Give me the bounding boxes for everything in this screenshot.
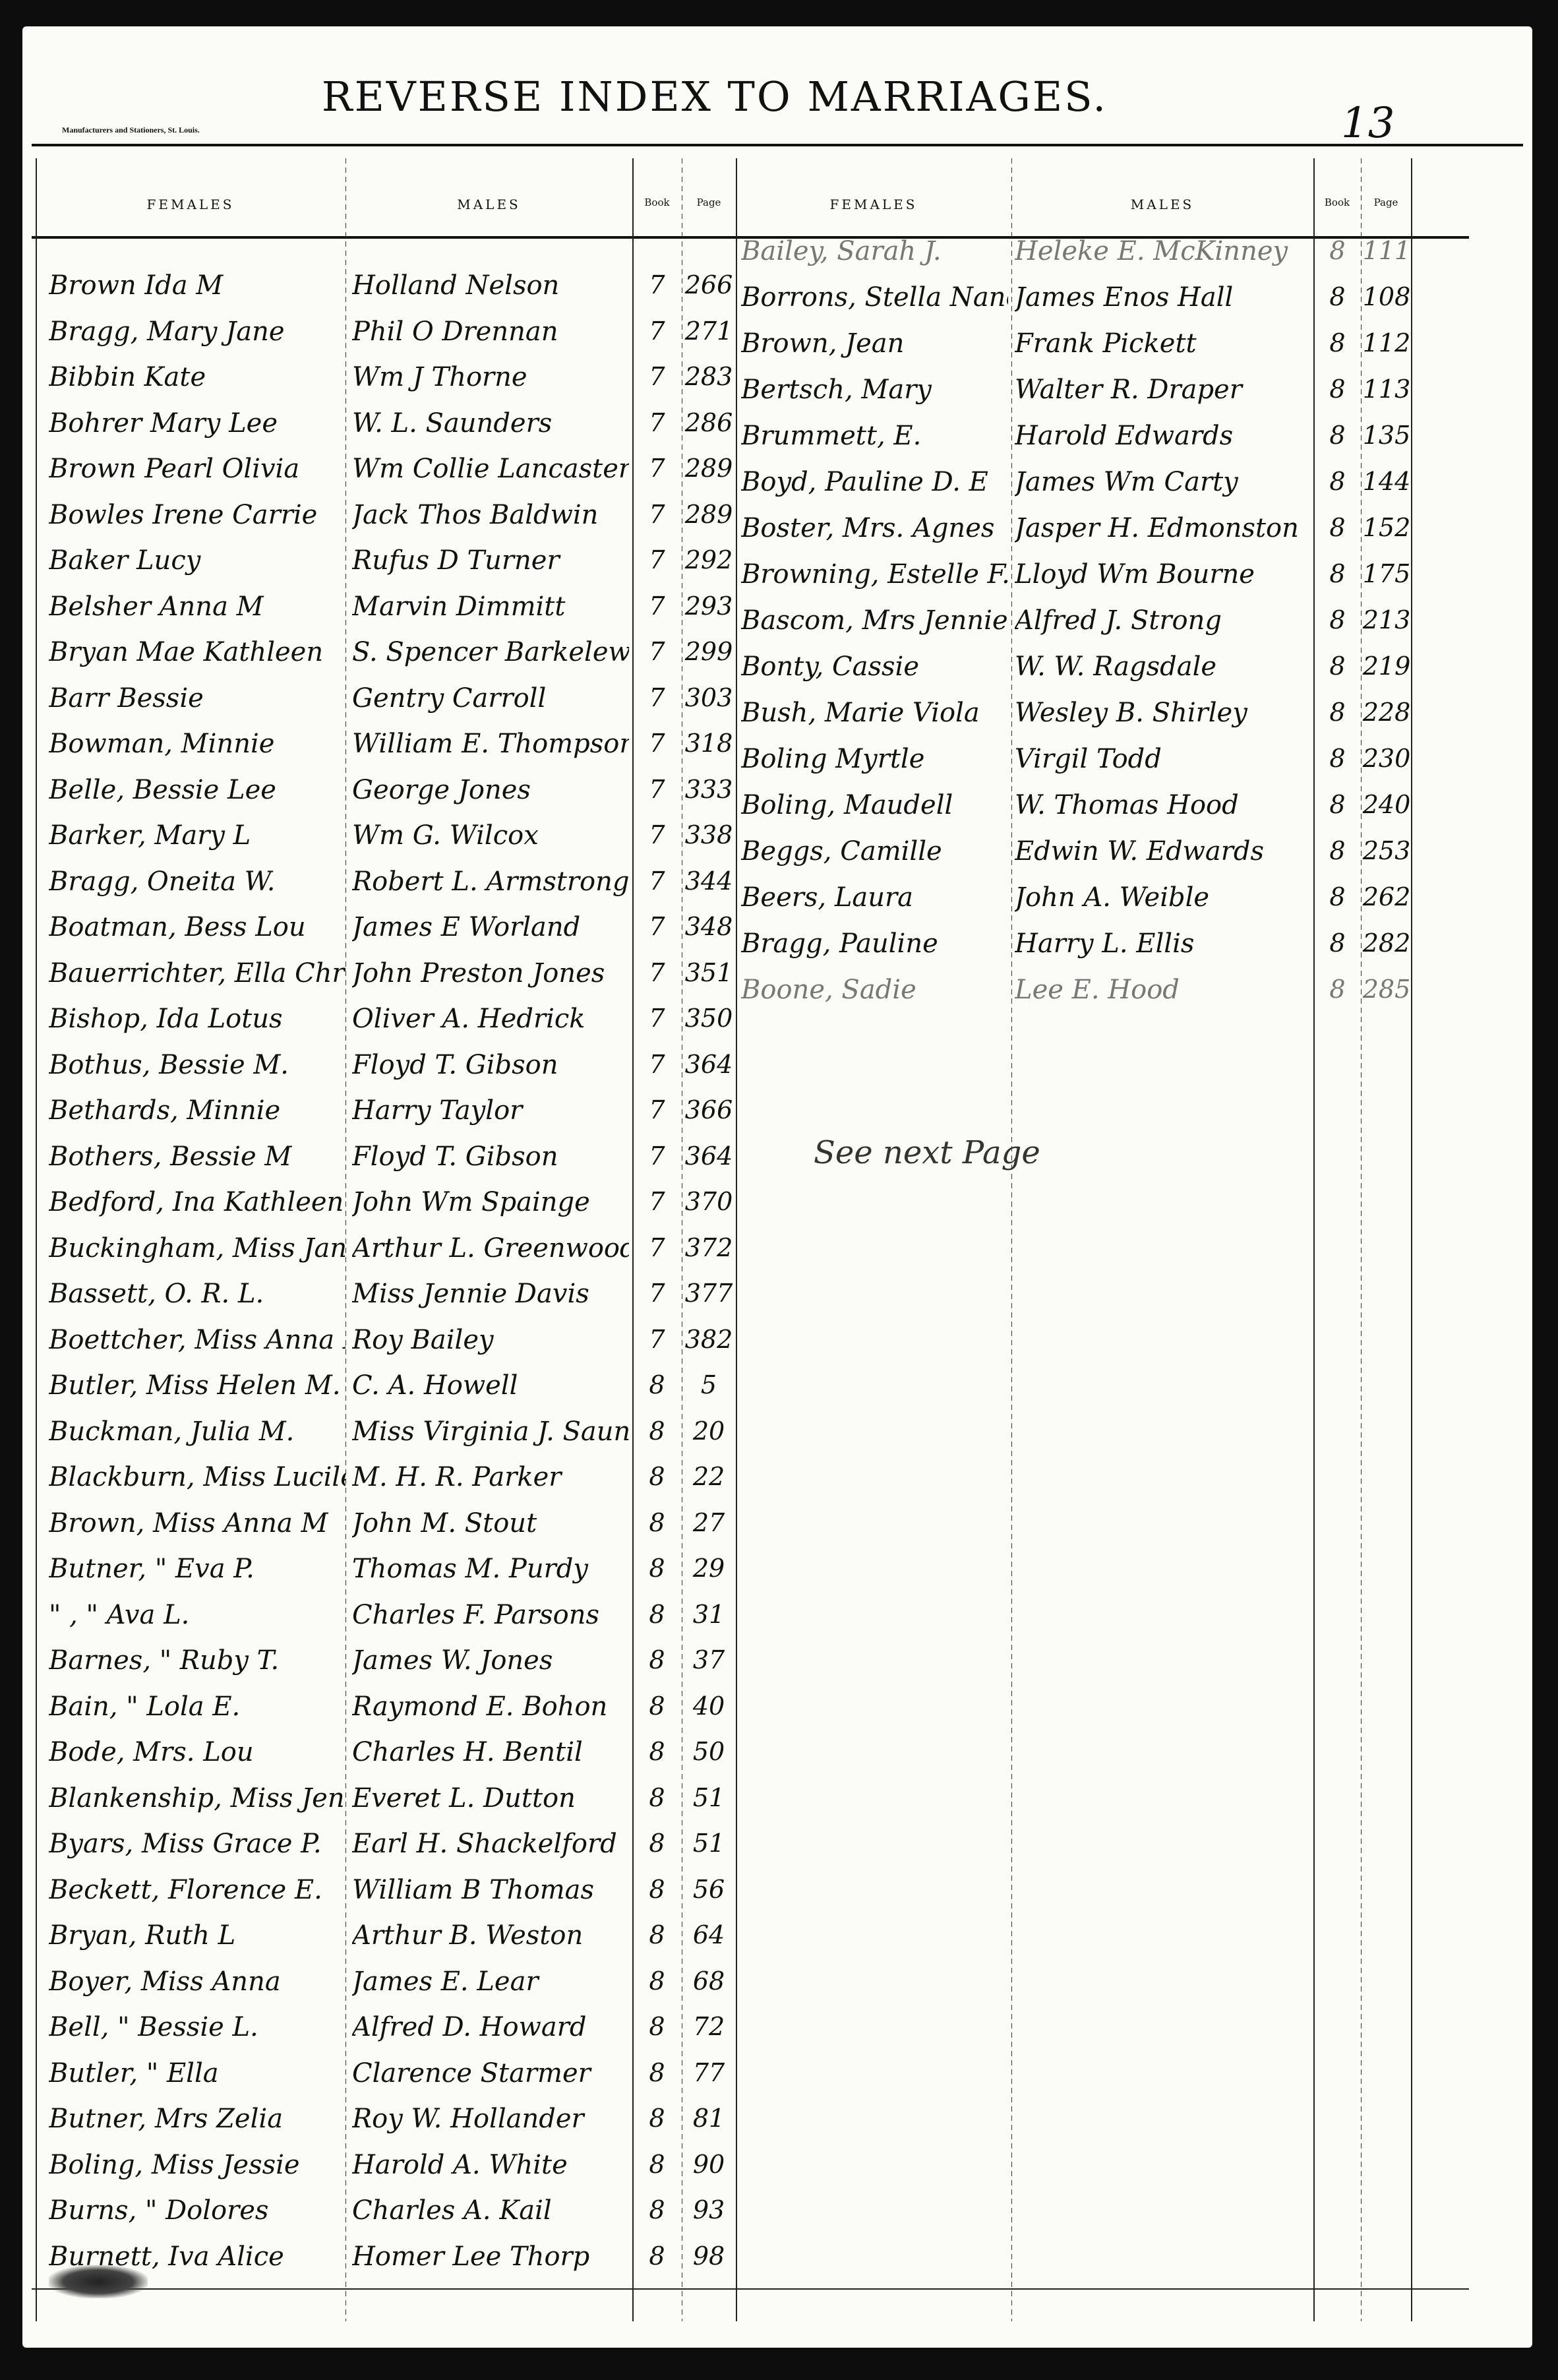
entry-female: Beckett, Florence E. xyxy=(49,1875,345,1905)
entry-book: 8 xyxy=(636,1783,678,1812)
entry-male: Alfred J. Strong xyxy=(1015,605,1311,636)
entry-book: 7 xyxy=(636,1004,678,1033)
entry-book: 8 xyxy=(636,1967,678,1996)
entry-male: Harry L. Ellis xyxy=(1015,929,1311,959)
ink-smudge xyxy=(49,2265,148,2298)
entry-page: 293 xyxy=(682,592,736,621)
entry-male: Wesley B. Shirley xyxy=(1015,698,1311,728)
entry-book: 8 xyxy=(1316,975,1359,1004)
entry-male: John Wm Spainge xyxy=(352,1187,629,1217)
entry-female: Bassett, O. R. L. xyxy=(49,1279,345,1309)
entry-female: Bode, Mrs. Lou xyxy=(49,1737,345,1767)
entry-male: Homer Lee Thorp xyxy=(352,2242,629,2272)
entry-book: 8 xyxy=(1316,421,1359,450)
entry-book: 7 xyxy=(636,454,678,483)
entry-page: 64 xyxy=(682,1920,736,1949)
entry-female: Boettcher, Miss Anna L. xyxy=(49,1325,345,1355)
entry-book: 7 xyxy=(636,729,678,758)
entry-male: James W. Jones xyxy=(352,1645,629,1676)
entry-book: 7 xyxy=(636,500,678,529)
entry-male: William E. Thompson xyxy=(352,729,629,759)
entry-book: 7 xyxy=(636,1142,678,1171)
entry-page: 377 xyxy=(682,1279,736,1308)
entry-male: Thomas M. Purdy xyxy=(352,1554,629,1584)
entry-male: Holland Nelson xyxy=(352,270,629,301)
entry-female: Boatman, Bess Lou xyxy=(49,912,345,942)
entry-male: Wm J Thorne xyxy=(352,362,629,392)
entry-male: James E Worland xyxy=(352,912,629,942)
entry-page: 98 xyxy=(682,2242,736,2271)
entry-male: Everet L. Dutton xyxy=(352,1783,629,1814)
entry-female: Butler, " Ella xyxy=(49,2058,345,2089)
entry-book: 8 xyxy=(636,1600,678,1629)
entry-male: Roy W. Hollander xyxy=(352,2104,629,2134)
entry-book: 7 xyxy=(636,1187,678,1216)
entry-female: Bohrer Mary Lee xyxy=(49,408,345,439)
entry-female: Bragg, Mary Jane xyxy=(49,317,345,347)
entry-book: 8 xyxy=(1316,282,1359,311)
entry-male: Charles F. Parsons xyxy=(352,1600,629,1630)
entry-male: Jasper H. Edmonston xyxy=(1015,513,1311,543)
printer-imprint: Manufacturers and Stationers, St. Louis. xyxy=(62,125,200,135)
header-book-left: Book xyxy=(632,197,682,208)
entry-book: 8 xyxy=(636,2012,678,2041)
page-number: 13 xyxy=(1341,99,1394,148)
entry-book: 8 xyxy=(1316,467,1359,496)
entry-book: 8 xyxy=(636,1645,678,1674)
entry-book: 7 xyxy=(636,1050,678,1079)
entry-female: Bain, " Lola E. xyxy=(49,1692,345,1722)
entry-female: Butler, Miss Helen M. xyxy=(49,1370,345,1401)
column-divider xyxy=(1361,158,1362,2321)
entry-female: Beers, Laura xyxy=(741,882,1008,913)
entry-female: Bryan Mae Kathleen xyxy=(49,637,345,667)
entry-male: Arthur L. Greenwood xyxy=(352,1233,629,1264)
entry-book: 7 xyxy=(636,912,678,941)
entry-female: Bragg, Pauline xyxy=(741,929,1008,959)
entry-page: 286 xyxy=(682,408,736,437)
entry-page: 370 xyxy=(682,1187,736,1216)
entry-male: Marvin Dimmitt xyxy=(352,592,629,622)
entry-female: Bryan, Ruth L xyxy=(49,1920,345,1951)
entry-page: 108 xyxy=(1362,282,1411,311)
entry-book: 8 xyxy=(636,1829,678,1858)
entry-male: Phil O Drennan xyxy=(352,317,629,347)
entry-book: 7 xyxy=(636,775,678,804)
entry-male: Floyd T. Gibson xyxy=(352,1050,629,1080)
entry-book: 8 xyxy=(1316,698,1359,727)
entry-male: Rufus D Turner xyxy=(352,545,629,576)
entry-female: Barr Bessie xyxy=(49,683,345,714)
header-book-right: Book xyxy=(1313,197,1361,208)
entry-female: Brown, Miss Anna M xyxy=(49,1508,345,1539)
entry-book: 7 xyxy=(636,270,678,299)
entry-page: 348 xyxy=(682,912,736,941)
entry-book: 8 xyxy=(1316,375,1359,404)
top-rule xyxy=(32,144,1523,146)
entry-female: Boone, Sadie xyxy=(741,975,1008,1005)
entry-page: 350 xyxy=(682,1004,736,1033)
entry-book: 8 xyxy=(636,1737,678,1766)
entry-male: Wm Collie Lancaster xyxy=(352,454,629,484)
entry-page: 230 xyxy=(1362,744,1411,773)
entry-page: 262 xyxy=(1362,882,1411,911)
entry-book: 8 xyxy=(1316,328,1359,357)
entry-female: Bauerrichter, Ella Christine xyxy=(49,958,345,989)
entry-page: 112 xyxy=(1362,328,1411,357)
header-page-left: Page xyxy=(682,197,736,208)
entry-page: 51 xyxy=(682,1829,736,1858)
entry-book: 7 xyxy=(636,592,678,621)
entry-page: 152 xyxy=(1362,513,1411,542)
entry-male: John A. Weible xyxy=(1015,882,1311,913)
entry-book: 8 xyxy=(1316,236,1359,265)
entry-page: 253 xyxy=(1362,836,1411,865)
entry-female: Brown Ida M xyxy=(49,270,345,301)
column-divider xyxy=(1313,158,1315,2321)
entry-male: Harold A. White xyxy=(352,2150,629,2180)
entry-book: 8 xyxy=(636,2058,678,2087)
entry-book: 7 xyxy=(636,867,678,896)
entry-page: 283 xyxy=(682,362,736,391)
entry-page: 351 xyxy=(682,958,736,987)
entry-book: 8 xyxy=(636,1692,678,1721)
entry-book: 7 xyxy=(636,1279,678,1308)
entry-page: 111 xyxy=(1362,236,1411,265)
entry-book: 8 xyxy=(636,2150,678,2179)
entry-male: Harry Taylor xyxy=(352,1095,629,1126)
entry-book: 7 xyxy=(636,362,678,391)
entry-page: 285 xyxy=(1362,975,1411,1004)
entry-book: 8 xyxy=(1316,836,1359,865)
entry-male: C. A. Howell xyxy=(352,1370,629,1401)
entry-book: 8 xyxy=(1316,882,1359,911)
entry-book: 8 xyxy=(636,2195,678,2224)
entry-male: Lloyd Wm Bourne xyxy=(1015,559,1311,590)
entry-male: Raymond E. Bohon xyxy=(352,1692,629,1722)
entry-female: Byars, Miss Grace P. xyxy=(49,1829,345,1859)
entry-male: Roy Bailey xyxy=(352,1325,629,1355)
entry-page: 303 xyxy=(682,683,736,712)
entry-page: 289 xyxy=(682,500,736,529)
entry-page: 338 xyxy=(682,820,736,849)
entry-book: 8 xyxy=(636,1875,678,1904)
entry-female: Belle, Bessie Lee xyxy=(49,775,345,805)
entry-book: 7 xyxy=(636,683,678,712)
entry-male: Charles A. Kail xyxy=(352,2195,629,2226)
entry-male: Clarence Starmer xyxy=(352,2058,629,2089)
entry-female: Bonty, Cassie xyxy=(741,652,1008,682)
entry-male: Alfred D. Howard xyxy=(352,2012,629,2042)
entry-page: 219 xyxy=(1362,652,1411,681)
entry-page: 113 xyxy=(1362,375,1411,404)
entry-female: Boling Myrtle xyxy=(741,744,1008,774)
entry-book: 8 xyxy=(636,1462,678,1491)
entry-male: George Jones xyxy=(352,775,629,805)
entry-male: Miss Virginia J. Saunders xyxy=(352,1417,629,1447)
entry-male: W. W. Ragsdale xyxy=(1015,652,1311,682)
entry-female: Boling, Miss Jessie xyxy=(49,2150,345,2180)
entry-female: Bertsch, Mary xyxy=(741,375,1008,405)
entry-page: 282 xyxy=(1362,929,1411,958)
entry-book: 8 xyxy=(636,1554,678,1583)
entry-page: 68 xyxy=(682,1967,736,1996)
entry-page: 382 xyxy=(682,1325,736,1354)
entry-male: John M. Stout xyxy=(352,1508,629,1539)
entry-page: 228 xyxy=(1362,698,1411,727)
entry-page: 135 xyxy=(1362,421,1411,450)
entry-book: 8 xyxy=(1316,652,1359,681)
entry-book: 7 xyxy=(636,545,678,574)
entry-page: 266 xyxy=(682,270,736,299)
entry-page: 366 xyxy=(682,1095,736,1124)
entry-female: Boyer, Miss Anna xyxy=(49,1967,345,1997)
entry-page: 240 xyxy=(1362,790,1411,819)
entry-male: Charles H. Bentil xyxy=(352,1737,629,1767)
entry-female: Brummett, E. xyxy=(741,421,1008,451)
header-males-left: MALES xyxy=(345,197,632,212)
entry-male: William B Thomas xyxy=(352,1875,629,1905)
entry-page: 56 xyxy=(682,1875,736,1904)
entry-page: 333 xyxy=(682,775,736,804)
entry-female: Bedford, Ina Kathleen xyxy=(49,1187,345,1217)
entry-female: Brown, Jean xyxy=(741,328,1008,359)
entry-page: 289 xyxy=(682,454,736,483)
entry-male: Gentry Carroll xyxy=(352,683,629,714)
entry-book: 8 xyxy=(636,2242,678,2271)
ledger-page: REVERSE INDEX TO MARRIAGES. 13 Manufactu… xyxy=(22,26,1532,2348)
entry-page: 292 xyxy=(682,545,736,574)
entry-male: Earl H. Shackelford xyxy=(352,1829,629,1859)
entry-male: Miss Jennie Davis xyxy=(352,1279,629,1309)
column-divider xyxy=(736,158,737,2321)
entry-book: 8 xyxy=(636,1920,678,1949)
header-males-right: MALES xyxy=(1011,197,1313,212)
entry-male: Harold Edwards xyxy=(1015,421,1311,451)
entry-page: 27 xyxy=(682,1508,736,1537)
entry-female: Buckman, Julia M. xyxy=(49,1417,345,1447)
entry-female: " , " Ava L. xyxy=(49,1600,345,1630)
entry-female: Borrons, Stella Nancy xyxy=(741,282,1008,313)
entry-female: Bascom, Mrs Jennie xyxy=(741,605,1008,636)
entry-female: Boster, Mrs. Agnes xyxy=(741,513,1008,543)
entry-male: James Enos Hall xyxy=(1015,282,1311,313)
entry-page: 175 xyxy=(1362,559,1411,588)
entry-female: Brown Pearl Olivia xyxy=(49,454,345,484)
entry-book: 8 xyxy=(636,1417,678,1446)
entry-page: 31 xyxy=(682,1600,736,1629)
header-females-right: FEMALES xyxy=(736,197,1011,212)
entry-female: Bothus, Bessie M. xyxy=(49,1050,345,1080)
see-next-page-note: See next Page xyxy=(814,1134,1040,1171)
column-divider xyxy=(1411,158,1412,2321)
entry-book: 8 xyxy=(636,2104,678,2133)
entry-book: 8 xyxy=(636,1370,678,1399)
entry-male: Floyd T. Gibson xyxy=(352,1142,629,1172)
entry-female: Bragg, Oneita W. xyxy=(49,867,345,897)
entry-book: 8 xyxy=(1316,929,1359,958)
entry-male: Frank Pickett xyxy=(1015,328,1311,359)
entry-page: 40 xyxy=(682,1692,736,1721)
entry-female: Beggs, Camille xyxy=(741,836,1008,867)
entry-female: Bethards, Minnie xyxy=(49,1095,345,1126)
entry-male: M. H. R. Parker xyxy=(352,1462,629,1492)
entry-page: 364 xyxy=(682,1050,736,1079)
entry-book: 8 xyxy=(1316,744,1359,773)
header-page-right: Page xyxy=(1361,197,1411,208)
entry-male: James E. Lear xyxy=(352,1967,629,1997)
entry-male: Oliver A. Hedrick xyxy=(352,1004,629,1034)
entry-male: S. Spencer Barkelew xyxy=(352,637,629,667)
entry-female: Browning, Estelle F. xyxy=(741,559,1008,590)
entry-male: Walter R. Draper xyxy=(1015,375,1311,405)
entry-female: Bishop, Ida Lotus xyxy=(49,1004,345,1034)
entry-female: Buckingham, Miss Jane xyxy=(49,1233,345,1264)
entry-female: Barker, Mary L xyxy=(49,820,345,851)
entry-female: Bell, " Bessie L. xyxy=(49,2012,345,2042)
entry-female: Blackburn, Miss Lucile xyxy=(49,1462,345,1492)
entry-page: 372 xyxy=(682,1233,736,1262)
entry-female: Boyd, Pauline D. E xyxy=(741,467,1008,497)
entry-book: 7 xyxy=(636,1325,678,1354)
entry-page: 51 xyxy=(682,1783,736,1812)
entry-male: Virgil Todd xyxy=(1015,744,1311,774)
entry-female: Bowman, Minnie xyxy=(49,729,345,759)
entry-female: Bush, Marie Viola xyxy=(741,698,1008,728)
page-title: REVERSE INDEX TO MARRIAGES. xyxy=(22,73,1407,121)
entry-female: Butner, Mrs Zelia xyxy=(49,2104,345,2134)
entry-page: 213 xyxy=(1362,605,1411,634)
entry-book: 7 xyxy=(636,317,678,346)
entry-male: W. L. Saunders xyxy=(352,408,629,439)
entry-male: Lee E. Hood xyxy=(1015,975,1311,1005)
column-divider xyxy=(1011,158,1012,2321)
entry-page: 344 xyxy=(682,867,736,896)
entry-book: 7 xyxy=(636,958,678,987)
entry-book: 8 xyxy=(1316,605,1359,634)
entry-book: 8 xyxy=(1316,559,1359,588)
entry-page: 20 xyxy=(682,1417,736,1446)
entry-page: 77 xyxy=(682,2058,736,2087)
column-divider xyxy=(632,158,634,2321)
entry-page: 81 xyxy=(682,2104,736,2133)
bottom-rule xyxy=(32,2288,1469,2290)
entry-book: 8 xyxy=(1316,790,1359,819)
entry-male: Heleke E. McKinney xyxy=(1015,236,1311,266)
entry-male: Robert L. Armstrong xyxy=(352,867,629,897)
entry-page: 5 xyxy=(682,1370,736,1399)
entry-female: Bothers, Bessie M xyxy=(49,1142,345,1172)
entry-male: Edwin W. Edwards xyxy=(1015,836,1311,867)
entry-book: 7 xyxy=(636,637,678,666)
entry-page: 90 xyxy=(682,2150,736,2179)
entry-female: Baker Lucy xyxy=(49,545,345,576)
entry-page: 37 xyxy=(682,1645,736,1674)
entry-male: John Preston Jones xyxy=(352,958,629,989)
entry-book: 8 xyxy=(636,1508,678,1537)
entry-book: 8 xyxy=(1316,513,1359,542)
entry-male: James Wm Carty xyxy=(1015,467,1311,497)
entry-book: 7 xyxy=(636,820,678,849)
entry-page: 22 xyxy=(682,1462,736,1491)
entry-page: 29 xyxy=(682,1554,736,1583)
entry-female: Blankenship, Miss Jennie xyxy=(49,1783,345,1814)
entry-page: 144 xyxy=(1362,467,1411,496)
entry-page: 299 xyxy=(682,637,736,666)
column-divider xyxy=(345,158,346,2321)
entry-page: 318 xyxy=(682,729,736,758)
entry-male: W. Thomas Hood xyxy=(1015,790,1311,820)
entry-female: Boling, Maudell xyxy=(741,790,1008,820)
entry-page: 50 xyxy=(682,1737,736,1766)
header-females-left: FEMALES xyxy=(36,197,345,212)
entry-female: Barnes, " Ruby T. xyxy=(49,1645,345,1676)
entry-page: 364 xyxy=(682,1142,736,1171)
entry-book: 7 xyxy=(636,408,678,437)
entry-female: Bibbin Kate xyxy=(49,362,345,392)
entry-page: 72 xyxy=(682,2012,736,2041)
entry-page: 271 xyxy=(682,317,736,346)
entry-male: Jack Thos Baldwin xyxy=(352,500,629,530)
entry-female: Belsher Anna M xyxy=(49,592,345,622)
entry-female: Burns, " Dolores xyxy=(49,2195,345,2226)
entry-page: 93 xyxy=(682,2195,736,2224)
entry-book: 7 xyxy=(636,1095,678,1124)
entry-female: Bowles Irene Carrie xyxy=(49,500,345,530)
column-divider xyxy=(36,158,37,2321)
entry-book: 7 xyxy=(636,1233,678,1262)
entry-female: Bailey, Sarah J. xyxy=(741,236,1008,266)
entry-male: Wm G. Wilcox xyxy=(352,820,629,851)
entry-male: Arthur B. Weston xyxy=(352,1920,629,1951)
entry-female: Butner, " Eva P. xyxy=(49,1554,345,1584)
